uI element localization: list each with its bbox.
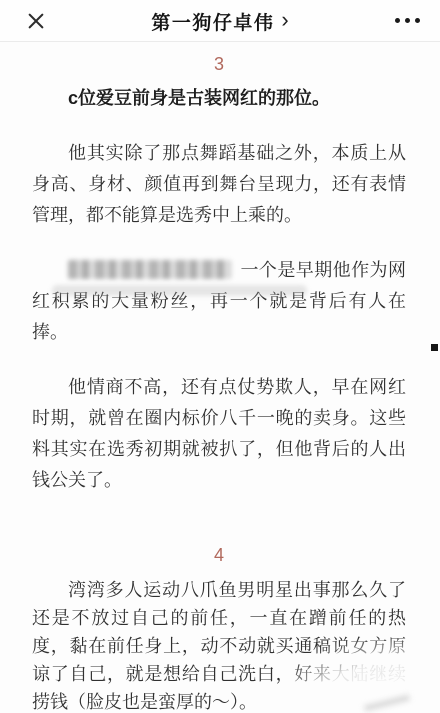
paragraph: 湾湾多人运动八爪鱼男明星出事那么久了还是不放过自己的前任，一直在蹭前任的热度，黏… (32, 576, 406, 713)
article-viewer-screen: 第一狗仔卓伟 › 3 c位爱豆前身是古装网红的那位。 他其实除了那点舞蹈基础之外… (0, 0, 440, 713)
paragraph: 他情商不高，还有点仗势欺人，早在网红时期，就曾在圈内标价八千一晚的卖身。这些料其… (32, 372, 406, 496)
account-title-link[interactable]: 第一狗仔卓伟 › (151, 0, 288, 42)
top-bar: 第一狗仔卓伟 › (0, 0, 440, 42)
paragraph-with-censored-text: 一个是早期他作为网红积累的大量粉丝，再一个就是背后有人在捧。 (32, 255, 406, 348)
more-options-button[interactable] (395, 9, 420, 33)
scroll-position-mark (431, 344, 438, 351)
three-dots-more-icon (395, 18, 420, 23)
page-title: 第一狗仔卓伟 (151, 8, 274, 35)
close-icon (27, 12, 45, 30)
section-number-4: 4 (32, 544, 406, 566)
paragraph: 他其实除了那点舞蹈基础之外，本质上从身高、身材、颜值再到舞台呈现力，还有表情管理… (32, 138, 406, 231)
close-button[interactable] (24, 9, 48, 33)
censored-text-blur (68, 260, 231, 279)
section-3-heading: c位爱豆前身是古装网红的那位。 (32, 83, 406, 114)
chevron-right-icon: › (281, 9, 288, 34)
section-number-3: 3 (32, 53, 406, 75)
article-content: 3 c位爱豆前身是古装网红的那位。 他其实除了那点舞蹈基础之外，本质上从身高、身… (0, 53, 440, 713)
